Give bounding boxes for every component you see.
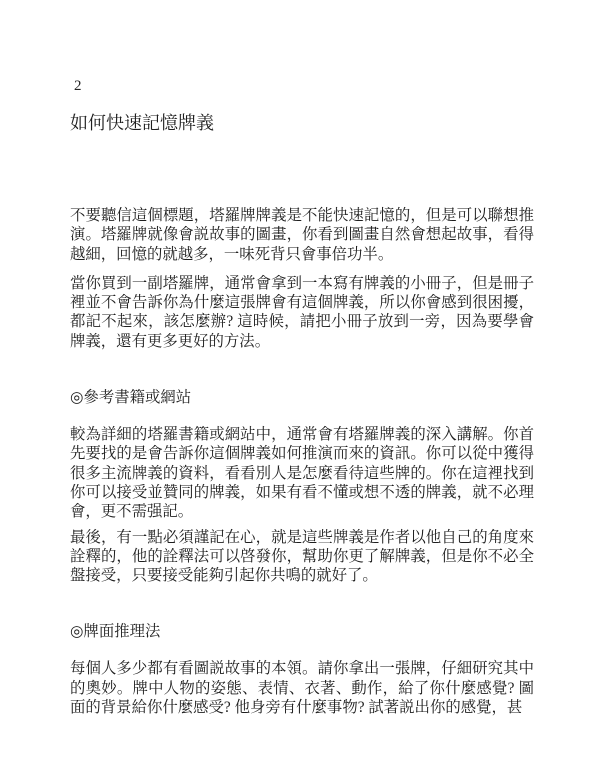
chapter-title: 如何快速記憶牌義 — [70, 113, 214, 133]
body-content: 不要聽信這個標題，塔羅牌牌義是不能快速記憶的，但是可以聯想推演。塔羅牌就像會説故… — [70, 206, 534, 717]
intro-paragraph-1: 不要聽信這個標題，塔羅牌牌義是不能快速記憶的，但是可以聯想推演。塔羅牌就像會説故… — [70, 206, 534, 264]
page-number: 2 — [74, 79, 82, 94]
document-page: 2 如何快速記憶牌義 不要聽信這個標題，塔羅牌牌義是不能快速記憶的，但是可以聯想… — [0, 0, 600, 778]
section1-paragraph-2: 最後，有一點必須謹記在心，就是這些牌義是作者以他自己的角度來詮釋的，他的詮釋法可… — [70, 528, 534, 586]
section2-paragraph-1: 每個人多少都有看圖説故事的本領。請你拿出一張牌，仔細研究其中的奧妙。牌中人物的姿… — [70, 659, 534, 717]
intro-paragraph-2: 當你買到一副塔羅牌，通常會拿到一本寫有牌義的小冊子，但是冊子裡並不會告訴你為什麼… — [70, 274, 534, 351]
section-heading-card-reasoning: ◎牌面推理法 — [70, 622, 534, 642]
section-heading-reference-books: ◎參考書籍或網站 — [70, 388, 534, 408]
section1-paragraph-1: 較為詳細的塔羅書籍或網站中，通常會有塔羅牌義的深入講解。你首先要找的是會告訴你這… — [70, 425, 534, 521]
